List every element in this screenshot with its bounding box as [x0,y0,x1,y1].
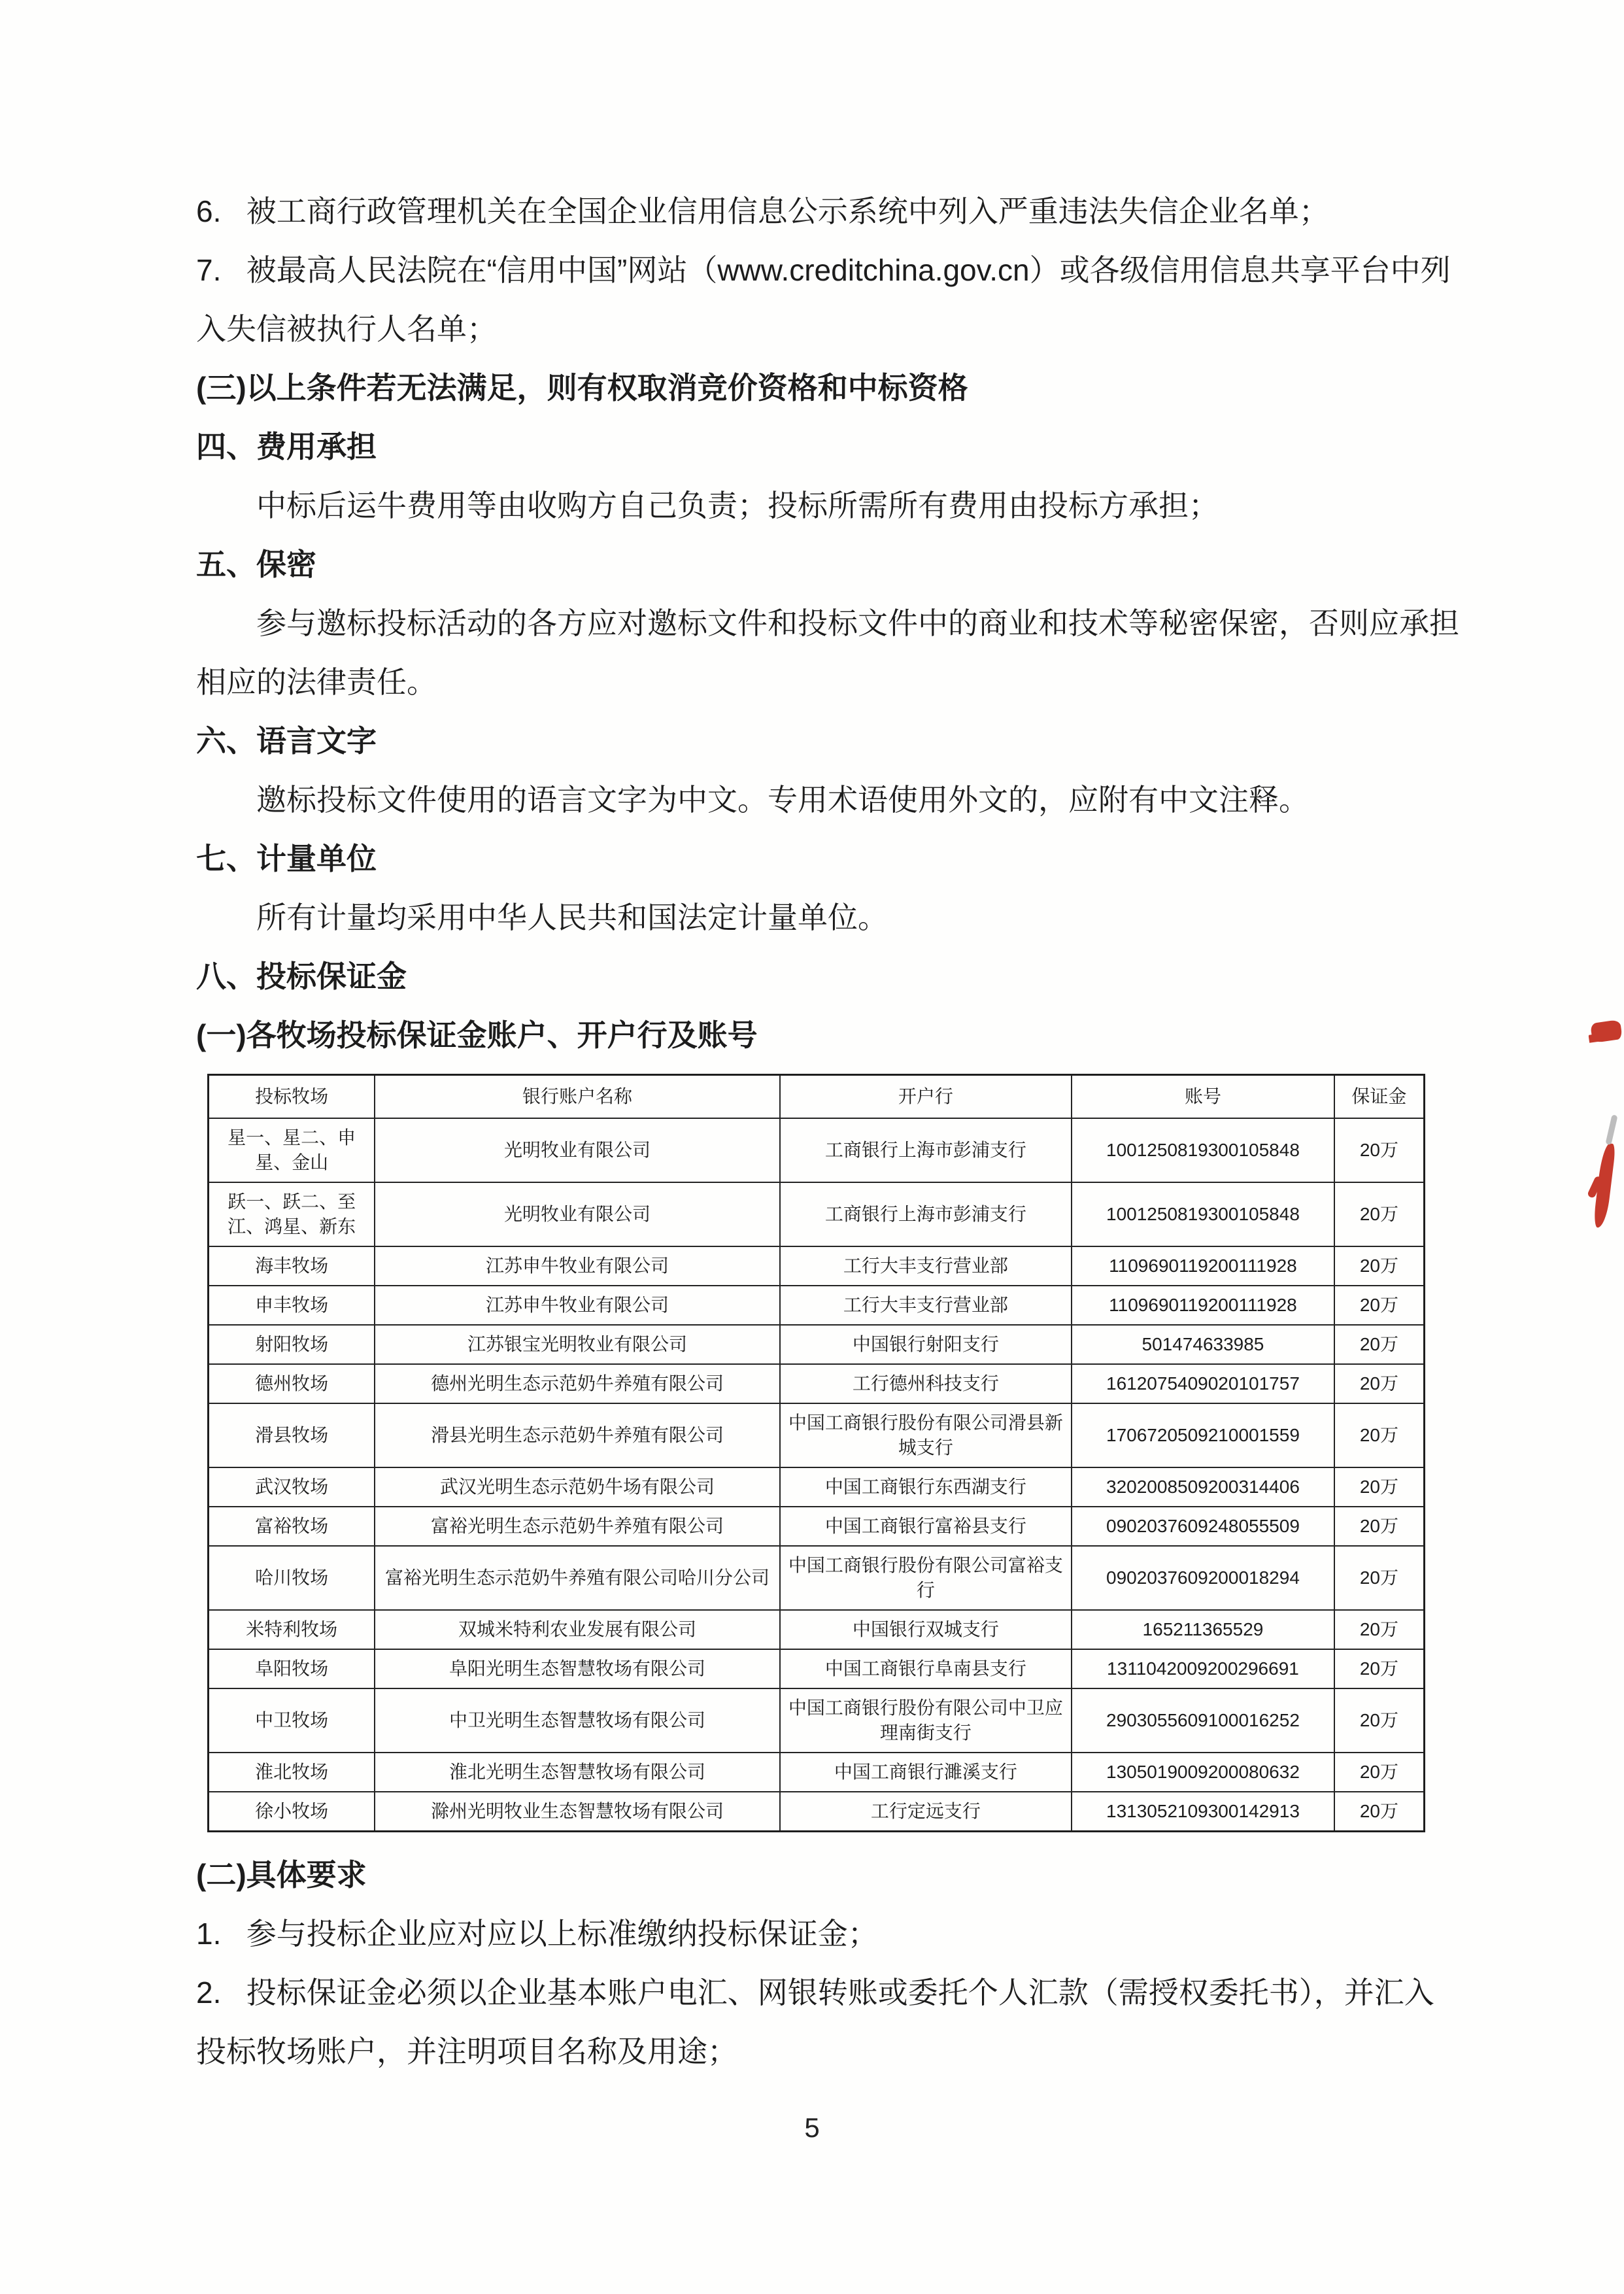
table-row: 阜阳牧场阜阳光明生态智慧牧场有限公司中国工商银行阜南县支行13110420092… [209,1649,1425,1688]
numbered-item: 7. 被最高人民法院在“信用中国”网站（www.creditchina.gov.… [196,241,1461,358]
table-cell: 跃一、跃二、至江、鸿星、新东 [209,1182,375,1246]
table-cell: 哈川牧场 [209,1546,375,1610]
red-ink-mark-upper [1590,1019,1623,1043]
table-cell: 中国工商银行股份有限公司富裕支行 [780,1546,1072,1610]
table-cell: 江苏申牛牧业有限公司 [375,1286,779,1325]
table-cell: 射阳牧场 [209,1325,375,1364]
table-cell: 1311042009200296691 [1072,1649,1334,1688]
table-cell: 20万 [1334,1325,1425,1364]
table-cell: 20万 [1334,1546,1425,1610]
table-row: 跃一、跃二、至江、鸿星、新东光明牧业有限公司工商银行上海市彭浦支行1001250… [209,1182,1425,1246]
table-cell: 2903055609100016252 [1072,1688,1334,1753]
paragraph: 参与邀标投标活动的各方应对邀标文件和投标文件中的商业和技术等秘密保密，否则应承担… [196,594,1461,711]
table-header-cell: 开户行 [780,1075,1072,1119]
table-cell: 富裕光明生态示范奶牛养殖有限公司 [375,1507,779,1546]
table-row: 武汉牧场武汉光明生态示范奶牛场有限公司中国工商银行东西湖支行3202008509… [209,1467,1425,1507]
table-row: 射阳牧场江苏银宝光明牧业有限公司中国银行射阳支行50147463398520万 [209,1325,1425,1364]
table-cell: 20万 [1334,1286,1425,1325]
table-row: 米特利牧场双城米特利农业发展有限公司中国银行双城支行16521136552920… [209,1610,1425,1649]
table-cell: 武汉牧场 [209,1467,375,1507]
table-cell: 滑县光明生态示范奶牛养殖有限公司 [375,1403,779,1467]
numbered-item: 6. 被工商行政管理机关在全国企业信用信息公示系统中列入严重违法失信企业名单； [196,182,1461,241]
table-cell: 中卫牧场 [209,1688,375,1753]
table-cell: 20万 [1334,1792,1425,1832]
table-cell: 德州牧场 [209,1364,375,1403]
table-row: 德州牧场德州光明生态示范奶牛养殖有限公司工行德州科技支行161207540902… [209,1364,1425,1403]
table-cell: 中卫光明生态智慧牧场有限公司 [375,1688,779,1753]
table-header-row: 投标牧场银行账户名称开户行账号保证金 [209,1075,1425,1119]
table-row: 中卫牧场中卫光明生态智慧牧场有限公司中国工商银行股份有限公司中卫应理南街支行29… [209,1688,1425,1753]
numbered-item: 1. 参与投标企业应对应以上标准缴纳投标保证金； [196,1904,1461,1963]
table-cell: 淮北牧场 [209,1753,375,1792]
section-heading: 五、保密 [196,535,1461,594]
table-cell: 1001250819300105848 [1072,1182,1334,1246]
document-page: 6. 被工商行政管理机关在全国企业信用信息公示系统中列入严重违法失信企业名单；7… [0,0,1624,2294]
table-cell: 165211365529 [1072,1610,1334,1649]
table-cell: 光明牧业有限公司 [375,1182,779,1246]
table-row: 投标牧场银行账户名称开户行账号保证金 [209,1075,1425,1119]
table-cell: 0902037609200018294 [1072,1546,1334,1610]
table-cell: 中国工商银行股份有限公司滑县新城支行 [780,1403,1072,1467]
section-heading: 六、语言文字 [196,711,1461,770]
table-body: 星一、星二、申星、金山光明牧业有限公司工商银行上海市彭浦支行1001250819… [209,1118,1425,1832]
table-row: 海丰牧场江苏申牛牧业有限公司工行大丰支行营业部11096901192001119… [209,1246,1425,1286]
table-cell: 20万 [1334,1753,1425,1792]
table-cell: 3202008509200314406 [1072,1467,1334,1507]
table-cell: 申丰牧场 [209,1286,375,1325]
table-header-cell: 银行账户名称 [375,1075,779,1119]
table-cell: 501474633985 [1072,1325,1334,1364]
table-row: 哈川牧场富裕光明生态示范奶牛养殖有限公司哈川分公司中国工商银行股份有限公司富裕支… [209,1546,1425,1610]
table-row: 富裕牧场富裕光明生态示范奶牛养殖有限公司中国工商银行富裕县支行090203760… [209,1507,1425,1546]
deposit-accounts-table: 投标牧场银行账户名称开户行账号保证金 星一、星二、申星、金山光明牧业有限公司工商… [207,1074,1425,1832]
section-heading: 四、费用承担 [196,417,1461,476]
table-cell: 20万 [1334,1182,1425,1246]
table-cell: 阜阳光明生态智慧牧场有限公司 [375,1649,779,1688]
table-cell: 0902037609248055509 [1072,1507,1334,1546]
paragraph: 中标后运牛费用等由收购方自己负责；投标所需所有费用由投标方承担； [196,476,1461,535]
table-cell: 阜阳牧场 [209,1649,375,1688]
table-cell: 20万 [1334,1649,1425,1688]
section-heading: 八、投标保证金 [196,947,1461,1006]
page-number: 5 [0,2112,1624,2144]
table-row: 淮北牧场淮北光明生态智慧牧场有限公司中国工商银行濉溪支行130501900920… [209,1753,1425,1792]
table-row: 申丰牧场江苏申牛牧业有限公司工行大丰支行营业部11096901192001119… [209,1286,1425,1325]
table-cell: 20万 [1334,1118,1425,1182]
table-cell: 1706720509210001559 [1072,1403,1334,1467]
table-cell: 中国工商银行东西湖支行 [780,1467,1072,1507]
table-cell: 1305019009200080632 [1072,1753,1334,1792]
table-cell: 工行大丰支行营业部 [780,1246,1072,1286]
table-cell: 1109690119200111928 [1072,1286,1334,1325]
table-cell: 20万 [1334,1507,1425,1546]
paragraph: 所有计量均采用中华人民共和国法定计量单位。 [196,888,1461,947]
table-cell: 中国工商银行股份有限公司中卫应理南街支行 [780,1688,1072,1753]
red-ink-mark-lower [1593,1142,1616,1228]
table-cell: 江苏申牛牧业有限公司 [375,1246,779,1286]
document-body: 6. 被工商行政管理机关在全国企业信用信息公示系统中列入严重违法失信企业名单；7… [196,182,1461,2081]
table-cell: 工商银行上海市彭浦支行 [780,1118,1072,1182]
table-cell: 滁州光明牧业生态智慧牧场有限公司 [375,1792,779,1832]
text-block-after-table: (二)具体要求1. 参与投标企业应对应以上标准缴纳投标保证金；2. 投标保证金必… [196,1845,1461,2081]
table-cell: 海丰牧场 [209,1246,375,1286]
table-cell: 德州光明生态示范奶牛养殖有限公司 [375,1364,779,1403]
table-cell: 1612075409020101757 [1072,1364,1334,1403]
section-heading: 七、计量单位 [196,829,1461,888]
table-cell: 徐小牧场 [209,1792,375,1832]
table-row: 滑县牧场滑县光明生态示范奶牛养殖有限公司中国工商银行股份有限公司滑县新城支行17… [209,1403,1425,1467]
table-cell: 富裕牧场 [209,1507,375,1546]
table-header-cell: 投标牧场 [209,1075,375,1119]
table-cell: 1313052109300142913 [1072,1792,1334,1832]
table-cell: 中国银行双城支行 [780,1610,1072,1649]
table-cell: 工商银行上海市彭浦支行 [780,1182,1072,1246]
numbered-item: 2. 投标保证金必须以企业基本账户电汇、网银转账或委托个人汇款（需授权委托书），… [196,1963,1461,2081]
table-cell: 20万 [1334,1403,1425,1467]
table-cell: 工行大丰支行营业部 [780,1286,1072,1325]
table-cell: 富裕光明生态示范奶牛养殖有限公司哈川分公司 [375,1546,779,1610]
table-header-cell: 账号 [1072,1075,1334,1119]
table-cell: 武汉光明生态示范奶牛场有限公司 [375,1467,779,1507]
table-cell: 米特利牧场 [209,1610,375,1649]
table-cell: 中国银行射阳支行 [780,1325,1072,1364]
section-heading: (三)以上条件若无法满足，则有权取消竞价资格和中标资格 [196,358,1461,417]
paragraph: 邀标投标文件使用的语言文字为中文。专用术语使用外文的，应附有中文注释。 [196,770,1461,829]
table-cell: 中国工商银行濉溪支行 [780,1753,1072,1792]
table-row: 徐小牧场滁州光明牧业生态智慧牧场有限公司工行定远支行13130521093001… [209,1792,1425,1832]
table-cell: 20万 [1334,1610,1425,1649]
table-cell: 1001250819300105848 [1072,1118,1334,1182]
section-heading: (一)各牧场投标保证金账户、开户行及账号 [196,1006,1461,1065]
table-cell: 20万 [1334,1467,1425,1507]
table-header-cell: 保证金 [1334,1075,1425,1119]
table-cell: 双城米特利农业发展有限公司 [375,1610,779,1649]
table-cell: 滑县牧场 [209,1403,375,1467]
table-cell: 1109690119200111928 [1072,1246,1334,1286]
table-cell: 20万 [1334,1246,1425,1286]
table-cell: 工行定远支行 [780,1792,1072,1832]
table-cell: 中国工商银行阜南县支行 [780,1649,1072,1688]
table-cell: 中国工商银行富裕县支行 [780,1507,1072,1546]
text-block-before-table: 6. 被工商行政管理机关在全国企业信用信息公示系统中列入严重违法失信企业名单；7… [196,182,1461,1065]
table-cell: 淮北光明生态智慧牧场有限公司 [375,1753,779,1792]
table-row: 星一、星二、申星、金山光明牧业有限公司工商银行上海市彭浦支行1001250819… [209,1118,1425,1182]
table-cell: 20万 [1334,1364,1425,1403]
table-cell: 星一、星二、申星、金山 [209,1118,375,1182]
table-cell: 20万 [1334,1688,1425,1753]
table-cell: 工行德州科技支行 [780,1364,1072,1403]
table-cell: 光明牧业有限公司 [375,1118,779,1182]
section-heading: (二)具体要求 [196,1845,1461,1904]
table-cell: 江苏银宝光明牧业有限公司 [375,1325,779,1364]
